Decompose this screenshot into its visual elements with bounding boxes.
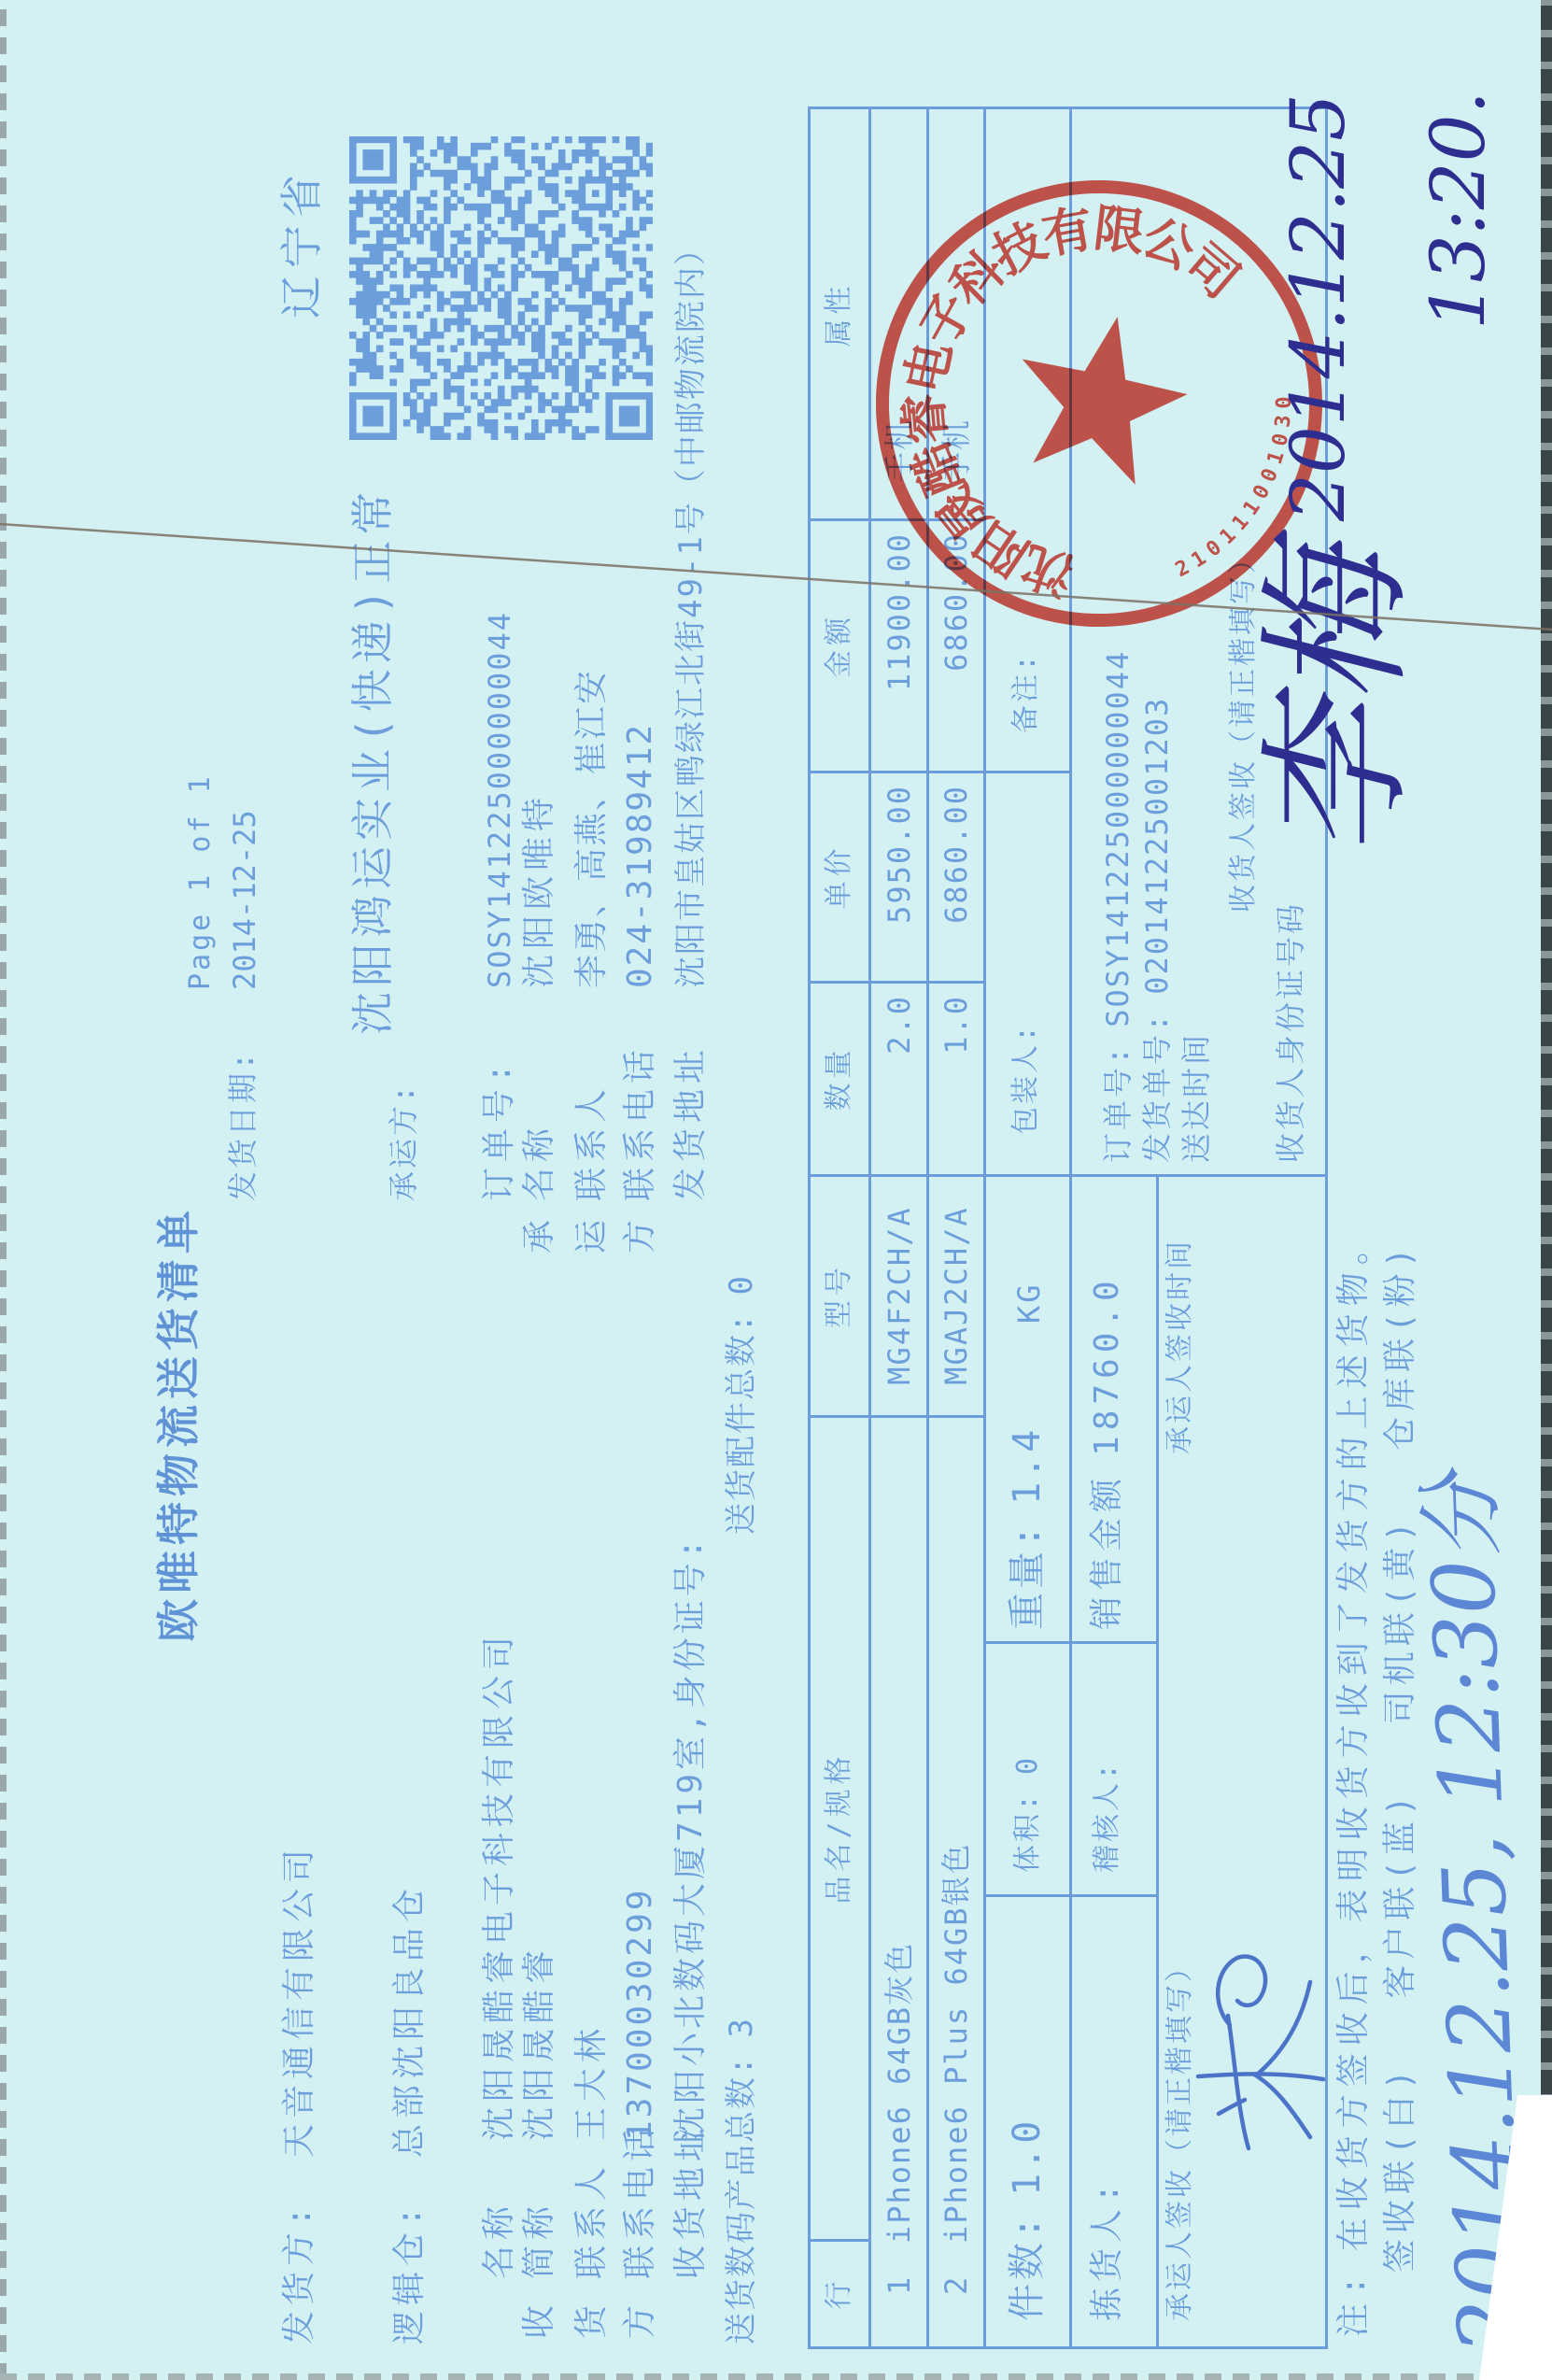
- footer-note-text: 在收货方签收后，表明收货方收到了发货方的上述货物。: [1334, 1224, 1373, 2251]
- warehouse-label: 逻辑仓:: [393, 2201, 427, 2345]
- footer-copies: 签收联(白)客户联(蓝)司机联(黄)仓库联(粉): [1384, 1177, 1418, 2273]
- sender-name-label: 名称: [523, 1123, 557, 1201]
- receipt-order-field: 订单号:SOSY141225000000044: [1103, 650, 1133, 1163]
- volume-value: 0: [1011, 1755, 1044, 1775]
- row-1-line-no: 1: [870, 2248, 927, 2295]
- picker-label: 拣货人:: [1091, 2177, 1124, 2321]
- perforated-edge-top: [0, 0, 7, 2380]
- handwritten-receiver-date: 2014.12.25: [1281, 93, 1356, 521]
- row-2-unit-price: 6860.00: [928, 772, 984, 982]
- accessory-total-value: 0: [723, 1274, 760, 1295]
- col-header-amount: 金额: [811, 519, 868, 772]
- shipper-label: 发货方:: [283, 2201, 317, 2345]
- carrier-side-label-3: 方: [624, 1214, 657, 1254]
- row-1-product-name: iPhone6 64GB灰色: [870, 1422, 927, 2244]
- copy-sign-white: 签收联(白): [1381, 2064, 1419, 2273]
- sales-amount-value: 18760.0: [1088, 1275, 1126, 1456]
- sender-address-label: 发货地址: [674, 1044, 708, 1201]
- weight-value: 1.4: [1006, 1426, 1049, 1505]
- weight-label: 重量:: [1006, 1522, 1049, 1630]
- receiver-phone-label: 联系电话: [624, 2122, 657, 2279]
- pieces-value: 1.0: [1006, 2118, 1049, 2196]
- carrier-value: 沈阳鸿运实业(快递)正常: [347, 456, 398, 1035]
- packer-label: 包装人:: [1012, 1023, 1040, 1135]
- receiver-short-name-label: 简称: [523, 2201, 557, 2279]
- perforated-edge-left: [0, 2373, 1552, 2380]
- receiver-id-label: 收货人身份证号码: [1276, 901, 1305, 1163]
- carrier-side-label-1: 承: [523, 1214, 557, 1254]
- ship-date-value: 2014-12-25: [230, 810, 260, 990]
- receipt-order-label: 订单号:: [1100, 1044, 1136, 1163]
- shipment-no-label: 发货单号:: [1139, 1012, 1175, 1163]
- sender-contact-label: 联系人: [575, 1084, 609, 1201]
- qr-code-icon: [349, 136, 653, 440]
- receiver-address-value: 沈阳小北数码大厦719室,身份证号:: [674, 1536, 708, 2141]
- carrier-name: 沈阳鸿运实业(快递): [347, 584, 398, 1035]
- row-2-model: MGAJ2CH/A: [928, 1175, 984, 1416]
- document-title: 欧唯特物流送货清单: [157, 1205, 200, 1642]
- receiver-phone-value: 13700030299: [624, 1888, 657, 2141]
- carrier-side-label-2: 运: [575, 1214, 609, 1254]
- receiver-name-label: 名称: [483, 2201, 516, 2279]
- warehouse-value: 总部沈阳良品仓: [393, 1883, 427, 2158]
- col-header-qty: 数量: [811, 982, 868, 1175]
- row-1-unit-price: 5950.00: [870, 772, 927, 982]
- receiver-contact-label: 联系人: [575, 2161, 609, 2279]
- shipper-value: 天音通信有限公司: [283, 1844, 317, 2158]
- handwritten-receiver-time: 13:20.: [1421, 91, 1496, 330]
- digital-product-total: 送货数码产品总数:3: [726, 2017, 757, 2345]
- receiver-contact-value: 王大林: [575, 2023, 609, 2141]
- row-1-model: MG4F2CH/A: [870, 1175, 927, 1416]
- carrier-label: 承运方:: [388, 1083, 418, 1201]
- copy-warehouse-pink: 仓库联(粉): [1381, 1242, 1419, 1451]
- table-grid-line: [983, 1894, 1156, 1897]
- weight-unit: KG: [1014, 1282, 1044, 1324]
- digital-total-label: 送货数码产品总数:: [723, 2055, 760, 2345]
- carrier-signature-label: 承运人签收（请正楷填写）: [1166, 1951, 1194, 2321]
- col-header-line: 行: [811, 2240, 868, 2346]
- sender-name-value: 沈阳欧唯特: [523, 792, 557, 988]
- accessory-total: 送货配件总数:0: [726, 1274, 757, 1535]
- carrier-signature-time-label: 承运人签收时间: [1166, 1239, 1194, 1454]
- receiver-side-label-3: 方: [624, 2300, 657, 2339]
- row-2-product-name: iPhone6 Plus 64GB银色: [928, 1422, 984, 2244]
- row-2-qty: 1.0: [928, 982, 984, 1175]
- col-header-name: 品名/规格: [811, 1416, 868, 2240]
- receiver-side-label-1: 收: [523, 2300, 557, 2339]
- accessory-total-label: 送货配件总数:: [723, 1312, 760, 1535]
- ship-date-label: 发货日期:: [228, 1050, 258, 1201]
- receiver-name-value: 沈阳晟酷睿电子科技有限公司: [483, 1631, 516, 2141]
- sender-address-value: 沈阳市皇姑区鸭绿江北街49-1号（中邮物流院内）: [675, 232, 707, 988]
- order-value: SOSY141225000000044: [485, 611, 515, 988]
- digital-total-value: 3: [723, 2017, 760, 2037]
- page-indicator: Page 1 of 1: [187, 773, 215, 990]
- footer-note: 注:在收货方签收后，表明收货方收到了发货方的上述货物。: [1337, 1224, 1371, 2337]
- table-grid-line: [983, 1641, 1156, 1644]
- delivery-time-label: 送达时间: [1181, 1032, 1211, 1163]
- remarks-label: 备注:: [1012, 652, 1040, 733]
- pieces-label: 件数:: [1006, 2213, 1049, 2321]
- perforated-edge-bottom: [1541, 0, 1552, 2380]
- receiver-side-label-2: 货: [575, 2300, 609, 2339]
- sender-phone-label: 联系电话: [624, 1044, 657, 1201]
- handwritten-receiver-signature: 李梅: [1261, 549, 1415, 857]
- sender-contact-value: 李勇、高燕、崔江安: [575, 669, 609, 988]
- order-label: 订单号:: [483, 1057, 516, 1201]
- sales-amount-label: 销售金额: [1088, 1473, 1126, 1630]
- copy-customer-blue: 客户联(蓝): [1381, 1790, 1419, 1998]
- checker-label: 稽核人:: [1093, 1761, 1122, 1873]
- shipment-no-field: 发货单号:020141225001203: [1142, 697, 1172, 1163]
- col-header-model: 型号: [811, 1175, 868, 1416]
- receipt-order-value: SOSY141225000000044: [1100, 650, 1136, 1027]
- table-grid-line: [1156, 1176, 1159, 2346]
- star-icon: [981, 286, 1204, 512]
- pieces-field: 件数:1.0: [1009, 2118, 1046, 2321]
- footer-note-prefix: 注:: [1334, 2268, 1373, 2337]
- receiver-short-name-value: 沈阳晟酷睿: [523, 1945, 557, 2141]
- receiver-address-label: 收货地址: [674, 2122, 708, 2279]
- carrier-status: 正常: [347, 487, 398, 584]
- shipment-no-value: 020141225001203: [1139, 697, 1175, 995]
- weight-field: 重量:1.4: [1009, 1426, 1046, 1630]
- sender-phone-value: 024-31989412: [624, 723, 657, 988]
- col-header-unit-price: 单价: [811, 772, 868, 982]
- row-1-qty: 2.0: [870, 982, 927, 1175]
- row-2-line-no: 2: [928, 2248, 984, 2295]
- delivery-note-document: 欧唯特物流送货清单 Page 1 of 1 发货日期: 2014-12-25 辽…: [0, 0, 1552, 2380]
- sales-amount-field: 销售金额18760.0: [1091, 1275, 1124, 1630]
- province-label: 辽宁省: [280, 167, 323, 319]
- volume-field: 体积:0: [1014, 1755, 1042, 1873]
- volume-label: 体积:: [1011, 1792, 1044, 1873]
